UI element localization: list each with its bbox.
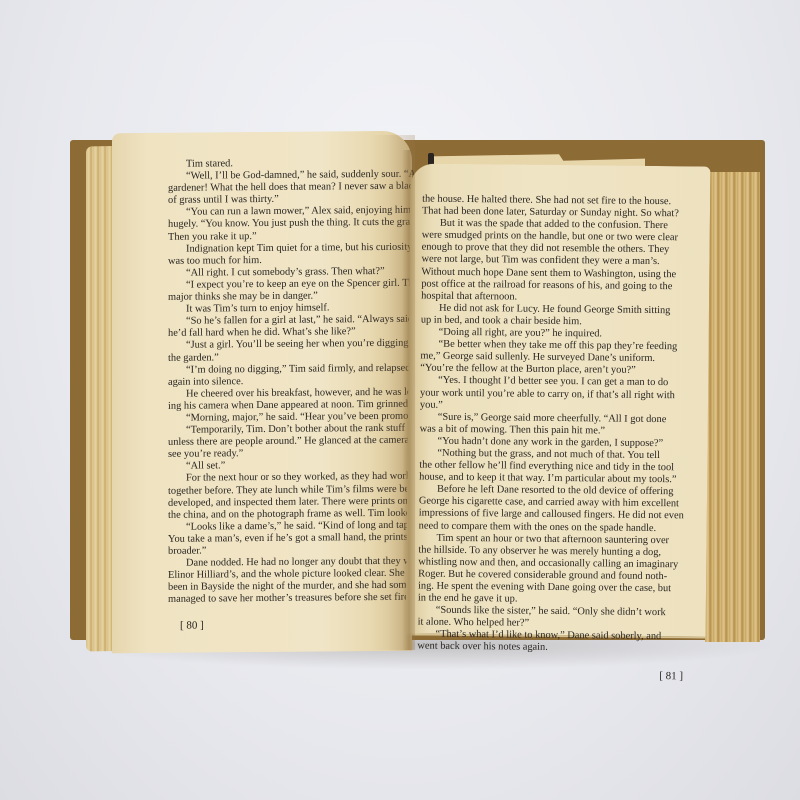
book-gutter: [402, 150, 416, 650]
right-page-text: the house. He halted there. She had not …: [417, 194, 692, 656]
right-page-stack-edge: [705, 172, 760, 642]
right-page: the house. He halted there. She had not …: [406, 163, 711, 638]
left-page: Tim stared.“Well, I’ll be God-damned,” h…: [112, 131, 412, 654]
right-page-number: [ 81 ]: [417, 667, 705, 682]
left-page-number: [ 80 ]: [168, 618, 412, 632]
